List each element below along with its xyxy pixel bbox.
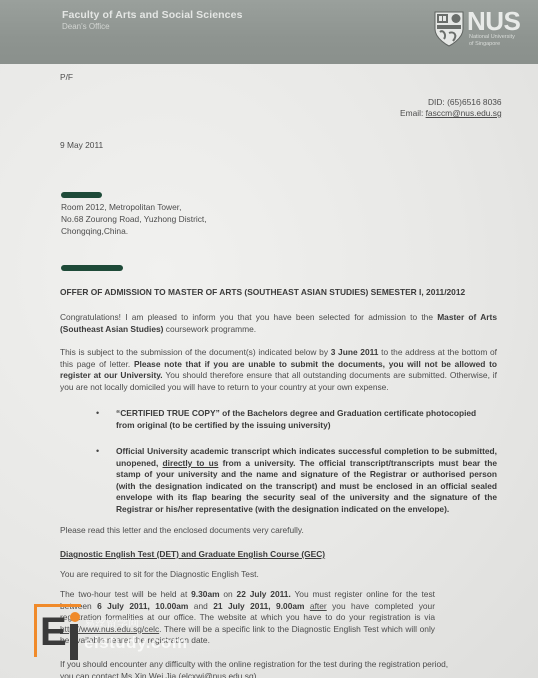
- submission-deadline: 3 June 2011: [331, 347, 379, 357]
- letter-page: Faculty of Arts and Social Sciences Dean…: [0, 0, 538, 678]
- watermark-chinese-text: 易丝留学网: [84, 615, 139, 631]
- redacted-name: [61, 192, 102, 198]
- para5-c: on: [220, 589, 237, 599]
- watermark-dot: [70, 612, 80, 622]
- det-requirement: You are required to sit for the Diagnost…: [60, 569, 259, 581]
- para1-text-a: Congratulations! I am pleased to inform …: [60, 312, 437, 322]
- reference: P/F: [60, 72, 73, 84]
- nus-logo-text: NUS: [467, 6, 520, 37]
- para1-text-c: coursework programme.: [163, 324, 256, 334]
- letterhead: Faculty of Arts and Social Sciences Dean…: [0, 0, 538, 64]
- letter-date: 9 May 2011: [60, 140, 103, 152]
- offer-subject: OFFER OF ADMISSION TO MASTER OF ARTS (SO…: [60, 287, 465, 299]
- congratulations-paragraph: Congratulations! I am pleased to inform …: [60, 312, 497, 335]
- bullet-1-marker: •: [96, 408, 99, 418]
- conditions-paragraph: This is subject to the submission of the…: [60, 347, 497, 393]
- det-section-heading: Diagnostic English Test (DET) and Gradua…: [60, 549, 325, 561]
- watermark-logo: E: [34, 604, 86, 662]
- address-line-1: Room 2012, Metropolitan Tower,: [61, 202, 181, 214]
- address-line-2: No.68 Zourong Road, Yuzhong District,: [61, 214, 207, 226]
- bullet-2-marker: •: [96, 446, 99, 456]
- para2-text-a: This is subject to the submission of the…: [60, 347, 331, 357]
- office-name: Dean's Office: [62, 22, 110, 31]
- required-document-1: “CERTIFIED TRUE COPY” of the Bachelors d…: [116, 408, 496, 431]
- registration-close: 21 July 2011, 9.00am: [213, 601, 304, 611]
- contact-email: Email: fasccm@nus.edu.sg: [400, 108, 502, 120]
- para5-a: The two-hour test will be held at: [60, 589, 191, 599]
- redacted-salutation: [61, 265, 123, 271]
- email-label: Email:: [400, 108, 426, 118]
- university-crest-icon: [434, 11, 464, 47]
- watermark-e-glyph: E: [40, 612, 67, 652]
- registration-difficulty-paragraph: If you should encounter any difficulty w…: [60, 659, 460, 678]
- test-date: 22 July 2011.: [237, 589, 291, 599]
- required-document-2: Official University academic transcript …: [116, 446, 497, 515]
- nus-logo-subtitle-2: of Singapore: [469, 41, 500, 47]
- registration-open: 6 July 2011, 10.00am: [97, 601, 188, 611]
- para5-g: and: [188, 601, 213, 611]
- para5-after: after: [310, 601, 327, 611]
- email-link[interactable]: fasccm@nus.edu.sg: [426, 108, 502, 118]
- direct-phone: DID: (65)6516 8036: [428, 97, 502, 109]
- faculty-name: Faculty of Arts and Social Sciences: [62, 9, 243, 21]
- read-carefully-note: Please read this letter and the enclosed…: [60, 525, 304, 537]
- bullet2-directly: directly to us: [163, 458, 219, 468]
- nus-logo-subtitle-1: National University: [469, 34, 515, 40]
- test-time: 9.30am: [191, 589, 219, 599]
- watermark-i-stem: [70, 624, 78, 660]
- address-line-3: Chongqing,China.: [61, 226, 128, 238]
- watermark-site-text: eistudy.com: [84, 633, 187, 653]
